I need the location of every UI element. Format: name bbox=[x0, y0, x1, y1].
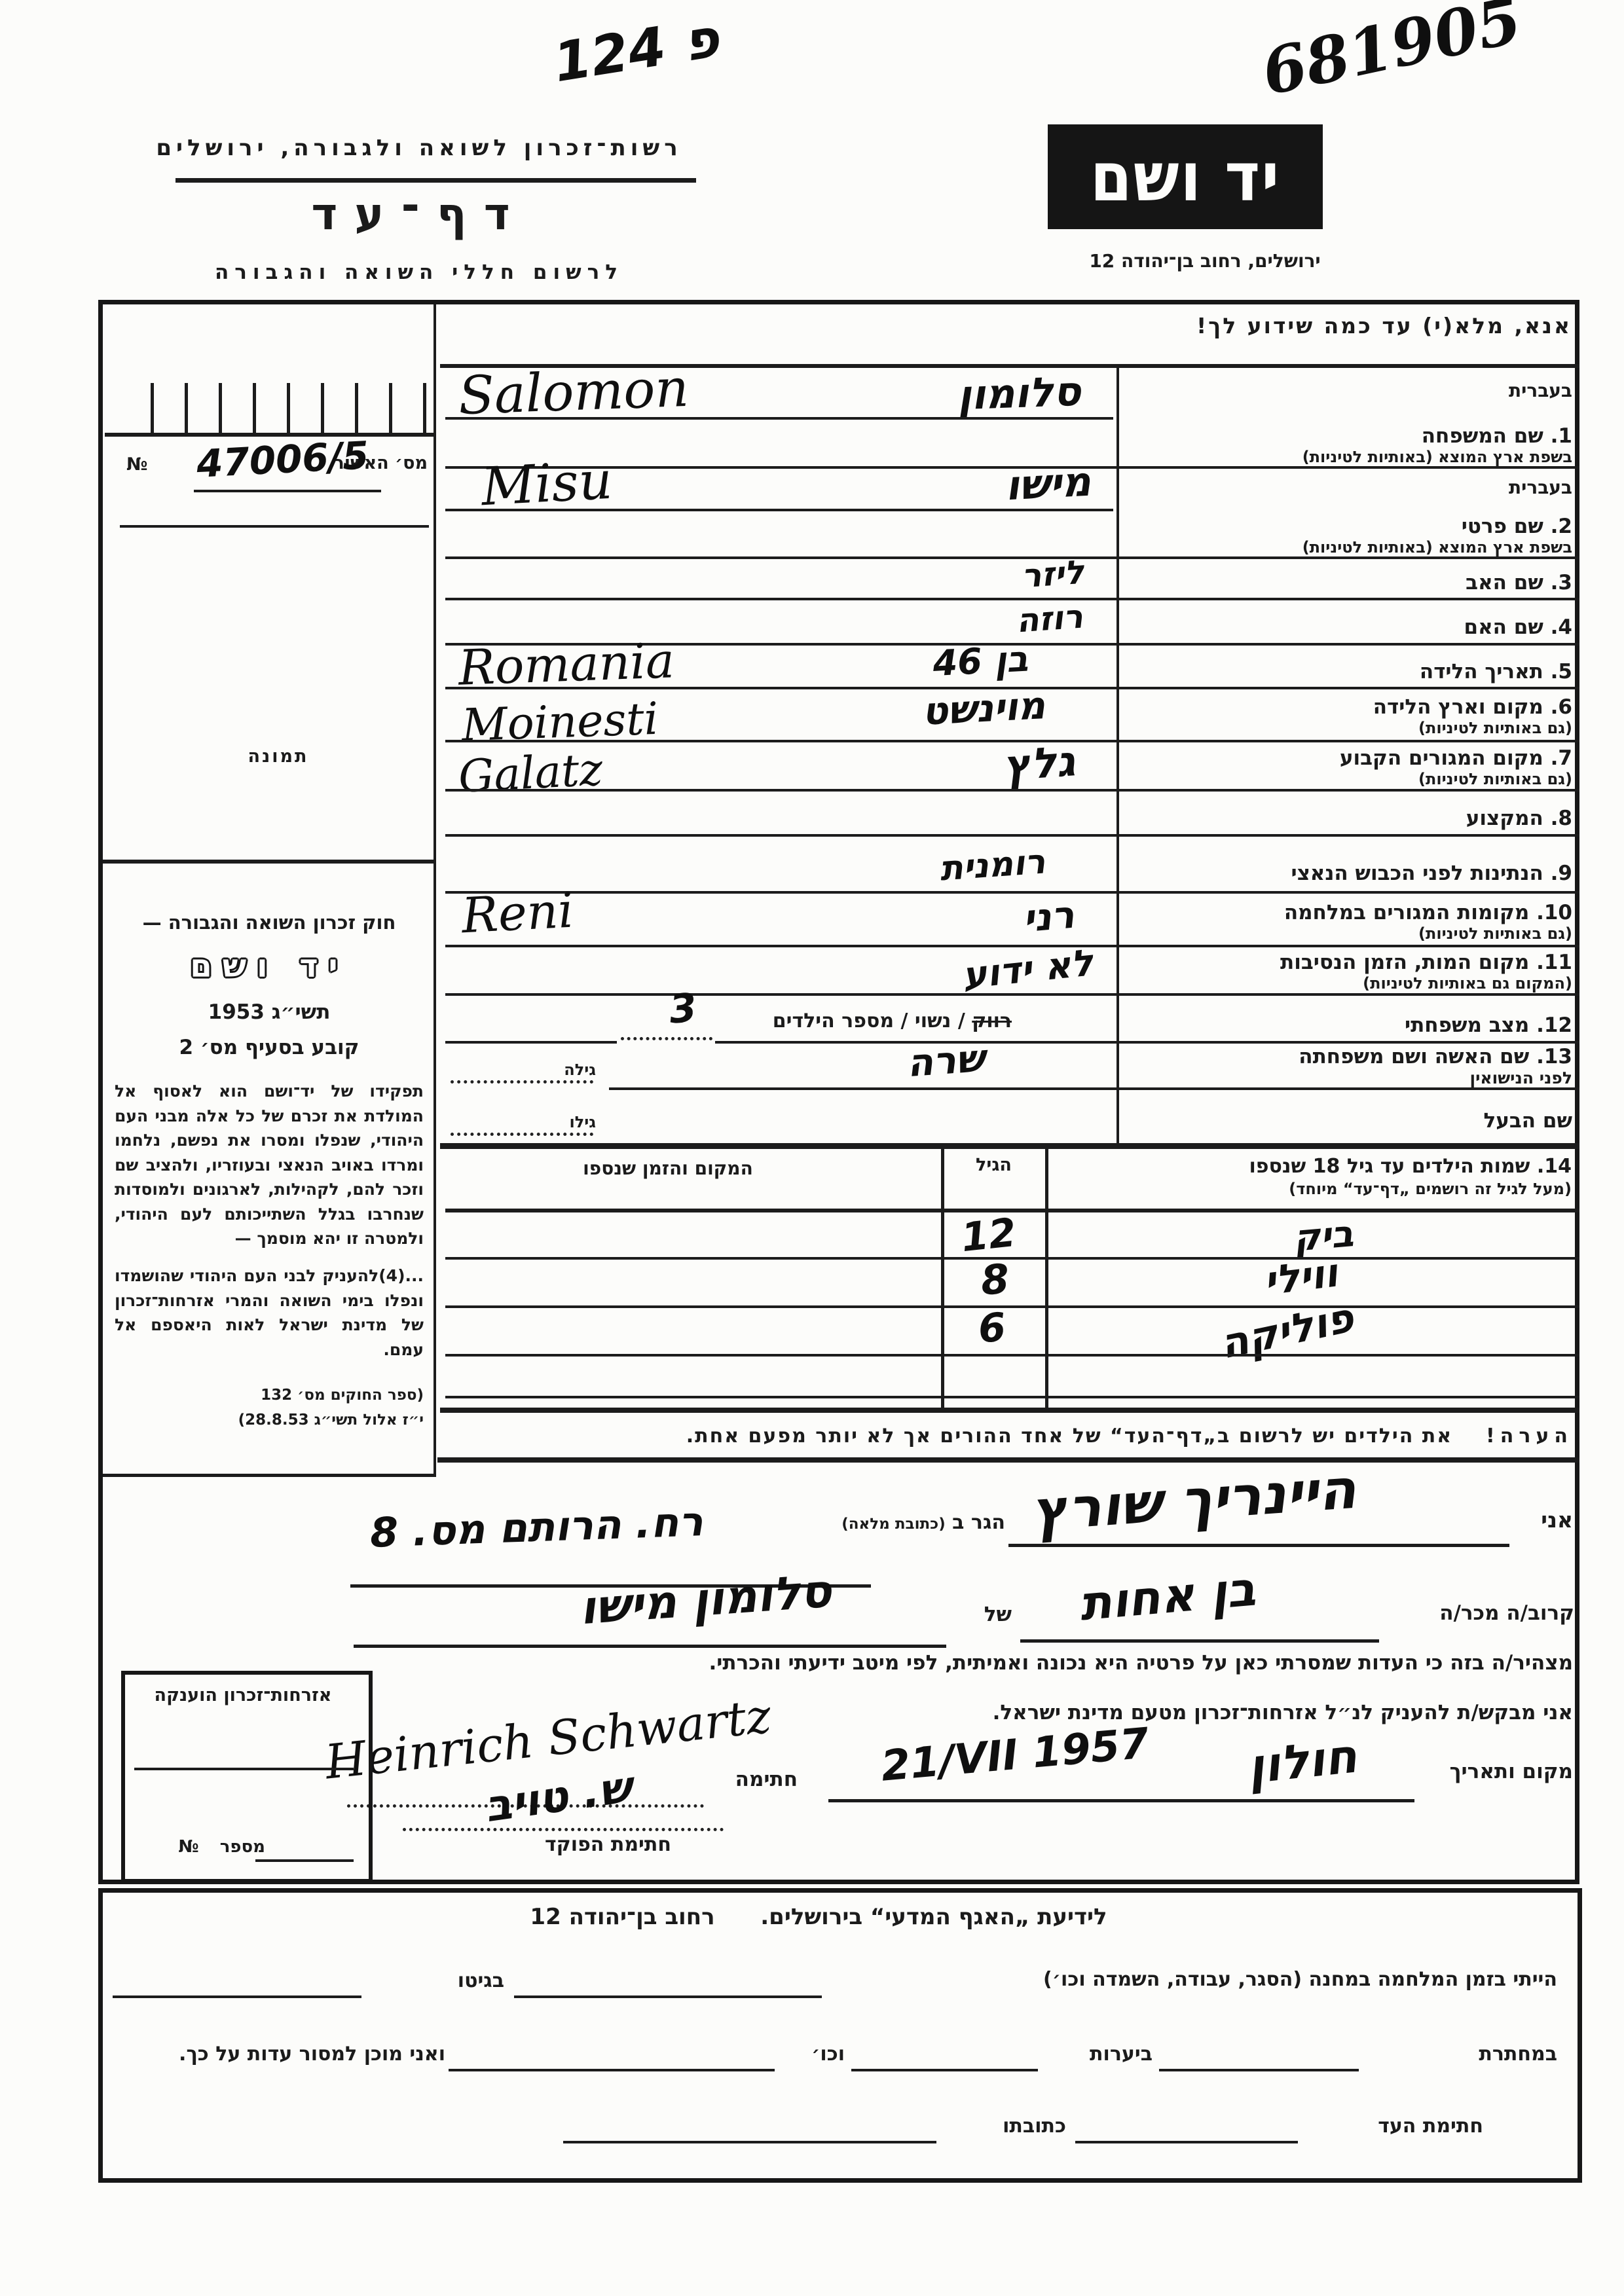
item10-answer-hebrew: רני bbox=[1021, 892, 1076, 941]
marital-separator-2: / bbox=[894, 1010, 915, 1032]
husband-age-label: גילו bbox=[524, 1113, 596, 1131]
memorial-box-line2 bbox=[255, 1859, 354, 1862]
underground-line bbox=[1159, 2069, 1359, 2071]
item3-line bbox=[445, 598, 1579, 600]
item13-label-text: שם האשה ושם משפחתה bbox=[1299, 1045, 1529, 1068]
item6-label-text: מקום וארץ הלידה bbox=[1373, 695, 1543, 719]
form-subtitle: לרשום חללי השואה והגבורה bbox=[131, 261, 707, 284]
item11-line bbox=[445, 993, 1579, 996]
husband-label: שם הבעל bbox=[1123, 1109, 1572, 1133]
item13-answer: שרה bbox=[906, 1036, 986, 1085]
form-title: דף־עד bbox=[131, 189, 707, 240]
item8-number: 8. bbox=[1551, 807, 1572, 830]
scientific-dept-title-text: לידיעת „האגף המדעי“ בירושלים. bbox=[760, 1904, 1107, 1930]
item10-answer-latin: Reni bbox=[460, 883, 575, 945]
approval-strip-line bbox=[105, 433, 434, 437]
item12-label-text: מצב משפחתי bbox=[1405, 1013, 1529, 1037]
relative-label: קרוב/ה מכר/ה bbox=[1383, 1601, 1574, 1625]
item2-line1 bbox=[445, 509, 1113, 511]
child3-age: 6 bbox=[977, 1305, 1008, 1353]
item3-number: 3. bbox=[1551, 571, 1572, 594]
item12-line-a bbox=[445, 1041, 617, 1044]
item1-answer-hebrew: סלומון bbox=[957, 367, 1082, 420]
relation-line bbox=[1020, 1639, 1379, 1643]
item3-label: 3. שם האב bbox=[1123, 571, 1572, 594]
children-count-dotline bbox=[621, 1037, 712, 1040]
item2-label-text: שם פרטי bbox=[1462, 515, 1543, 538]
law-source: (ספר החוקים מס׳ 132 bbox=[115, 1387, 424, 1404]
item7-answer-hebrew: גלץ bbox=[1002, 737, 1077, 790]
item13-line bbox=[609, 1087, 1579, 1090]
clerk-signature-dotline bbox=[403, 1828, 724, 1831]
declaration-i-label: אני bbox=[1518, 1507, 1573, 1533]
item8-label: 8. המקצוע bbox=[1123, 807, 1572, 830]
item2-answer-hebrew: מישו bbox=[1004, 458, 1092, 510]
place-date-label: מקום ותאריך bbox=[1422, 1760, 1573, 1783]
item10-sublabel: (גם באותיות לטיניות) bbox=[1123, 924, 1572, 943]
marital-options: רווק / נשוי / מספר הילדים bbox=[710, 1010, 1012, 1032]
item1-number: 1. bbox=[1551, 424, 1572, 448]
witness-address-bottom-line bbox=[563, 2141, 936, 2143]
law-logo-text: יד ושם bbox=[113, 948, 426, 985]
forests-label: ביערות bbox=[1043, 2043, 1153, 2066]
table-top-line bbox=[440, 1143, 1579, 1149]
underground-label: במחתרת bbox=[1363, 2043, 1557, 2066]
item9-line bbox=[445, 891, 1579, 894]
item1-sublabel: בשפת ארץ המוצא (באותיות לטיניות) bbox=[1123, 448, 1572, 466]
of-line bbox=[354, 1645, 946, 1648]
memorial-no-symbol: № bbox=[178, 1837, 198, 1857]
yad-vashem-logo: יד ושם bbox=[1048, 124, 1323, 229]
item1-label-text: שם המשפחה bbox=[1422, 424, 1543, 448]
item7-label-text: מקום המגורים הקבוע bbox=[1340, 746, 1543, 770]
item4-number: 4. bbox=[1551, 615, 1572, 639]
item10-number: 10. bbox=[1536, 901, 1572, 924]
memorial-box-number-row: מספר № bbox=[134, 1837, 265, 1857]
marital-separator-1: / bbox=[951, 1010, 972, 1032]
item4-label: 4. שם האם bbox=[1123, 615, 1572, 639]
item6-sublabel: (גם באותיות לטיניות) bbox=[1123, 719, 1572, 737]
camp-row-label: הייתי בזמן המלחמה במחנה (הסגר, עבודה, הש… bbox=[830, 1968, 1557, 1991]
section-bottom-line bbox=[437, 1457, 1579, 1463]
item1-answer-latin: Salomon bbox=[457, 357, 690, 426]
of-label: של bbox=[953, 1603, 1012, 1626]
law-year: תשי״ג 1953 bbox=[113, 1000, 426, 1024]
table-row1-line bbox=[445, 1257, 1579, 1260]
approval-number-value: 47006/5 bbox=[195, 433, 370, 486]
law-source-2: י״ז אלול תשי״ג 28.8.53) bbox=[115, 1412, 424, 1429]
husband-age-dotline bbox=[451, 1133, 593, 1136]
photo-box-bottom bbox=[103, 860, 436, 864]
item10-label: 10. מקומות המגורים במלחמה bbox=[1123, 901, 1572, 924]
labels-divider bbox=[1116, 367, 1119, 1146]
clerk-label: חתימת הפוקד bbox=[481, 1833, 671, 1856]
item4-answer: רוזה bbox=[1015, 598, 1084, 640]
item13-label: 13. שם האשה ושם משפחתה bbox=[1123, 1045, 1572, 1068]
item2-hebrew-tag: בעברית bbox=[1123, 477, 1572, 498]
forests-line bbox=[851, 2069, 1038, 2071]
marital-option-married: נשוי bbox=[915, 1010, 951, 1032]
item12-line-b bbox=[715, 1041, 1579, 1044]
item11-number: 11. bbox=[1536, 951, 1572, 974]
law-clause: קובע בסעיף מס׳ 2 bbox=[113, 1036, 426, 1059]
declaration-statement: מצהיר/ה בזה כי העדות שמסרתי כאן על פרטיה… bbox=[648, 1651, 1573, 1675]
item6-label: 6. מקום וארץ הלידה bbox=[1123, 695, 1572, 719]
item9-label-text: הנתינות לפני הכבוש הנאצי bbox=[1291, 862, 1543, 885]
approval-ticks bbox=[151, 383, 426, 433]
item10-line bbox=[445, 945, 1579, 947]
item2-sublabel: בשפת ארץ המוצא (באותיות לטיניות) bbox=[1123, 538, 1572, 556]
item11-label: 11. מקום המות, הזמן הנסיבות bbox=[1123, 951, 1572, 974]
item13-number: 13. bbox=[1536, 1045, 1572, 1068]
item3-answer: ליזר bbox=[1020, 553, 1085, 595]
item4-label-text: שם האם bbox=[1464, 615, 1543, 639]
children-note-label: הערה! bbox=[1486, 1425, 1573, 1448]
item7-line bbox=[445, 789, 1579, 792]
marital-children-label: מספר הילדים bbox=[773, 1010, 894, 1032]
ghetto-line bbox=[113, 1995, 361, 1998]
yad-vashem-logo-text: יד ושם bbox=[1090, 137, 1281, 216]
table-title: 14. שמות הילדים עד גיל 18 שנספו bbox=[1061, 1155, 1572, 1178]
table-bottom-line bbox=[440, 1408, 1579, 1413]
item5-answer: בן 46 bbox=[889, 638, 1029, 687]
item12-number: 12. bbox=[1536, 1013, 1572, 1037]
approval-no-symbol: № bbox=[126, 454, 147, 475]
table-row4-line bbox=[445, 1396, 1579, 1398]
item2-line2 bbox=[445, 556, 1579, 559]
ghetto-label: בגיטו bbox=[370, 1969, 504, 1992]
item5-label-text: תאריך הלידה bbox=[1420, 660, 1543, 683]
item13-sublabel: לפני הנישואין bbox=[1123, 1068, 1572, 1087]
item1-hebrew-tag: בעברית bbox=[1123, 380, 1572, 401]
wife-age-dotline bbox=[451, 1080, 593, 1084]
table-vline-age-right bbox=[1045, 1146, 1048, 1409]
item11-label-text: מקום המות, הזמן הנסיבות bbox=[1280, 951, 1529, 974]
table-col-place: המקום והזמן שנספו bbox=[498, 1157, 838, 1179]
resides-label: הגר ב (כתובת מלאה) bbox=[776, 1511, 1005, 1534]
declaration-request: אני מבקש/ת להעניק לנ״ל אזרחות־זכרון מטעם… bbox=[845, 1701, 1573, 1724]
item5-number: 5. bbox=[1551, 660, 1572, 683]
item6-answer-latin: Moinesti bbox=[461, 693, 659, 752]
fill-instruction: אנא, מלא(י) עד כמה שידוע לך! bbox=[655, 313, 1572, 338]
wife-age-label: גילה bbox=[524, 1061, 596, 1079]
child2-age: 8 bbox=[980, 1255, 1011, 1305]
table-subtitle: (מעל לגיל זה רושמים „דף־עד“ מיוחד) bbox=[1061, 1180, 1572, 1198]
camp-row-line bbox=[514, 1995, 822, 1998]
witness-signature-bottom-line bbox=[1075, 2141, 1298, 2143]
item8-line bbox=[445, 834, 1579, 837]
witness-address-bottom-label: כתובתו bbox=[942, 2115, 1066, 2138]
child2-name: ווילי bbox=[1261, 1250, 1340, 1304]
witness-signature-bottom-label: חתימת העד bbox=[1306, 2115, 1483, 2138]
place-value: חולון bbox=[1245, 1728, 1359, 1794]
item1-label: 1. שם המשפחה bbox=[1123, 424, 1572, 448]
sidebar-divider bbox=[434, 304, 436, 1476]
table-vline-age-left bbox=[941, 1146, 944, 1409]
table-row2-line bbox=[445, 1305, 1579, 1308]
item9-label: 9. הנתינות לפני הכבוש הנאצי bbox=[1123, 862, 1572, 885]
law-text: תפקידו של יד־ושם הוא לאסוף אל המולדת את … bbox=[115, 1079, 424, 1251]
child1-age: 12 bbox=[959, 1210, 1018, 1261]
daf-ed-testimony-page: 124 פ 681905 רשות־זכרון לשואה ולגבורה, י… bbox=[0, 0, 1624, 2296]
item8-label-text: המקצוע bbox=[1466, 807, 1543, 830]
scientific-dept-title: לידיעת „האגף המדעי“ בירושלים. רחוב בן־יה… bbox=[327, 1904, 1310, 1930]
item9-number: 9. bbox=[1551, 862, 1572, 885]
registry-number-annotation: 681905 bbox=[1256, 0, 1528, 109]
item2-label: 2. שם פרטי bbox=[1123, 515, 1572, 538]
item2-number: 2. bbox=[1551, 515, 1572, 538]
resides-sublabel: (כתובת מלאה) bbox=[841, 1516, 946, 1533]
law-heading: חוק זכרון השואה והגבורה — bbox=[113, 911, 426, 934]
place-date-line bbox=[828, 1799, 1414, 1802]
item7-sublabel: (גם באותיות לטיניות) bbox=[1123, 770, 1572, 788]
memorial-box-title: אזרחות־זכרון הוענקה bbox=[128, 1685, 358, 1705]
photo-label: תמונה bbox=[232, 746, 324, 767]
item2-answer-latin: Misu bbox=[480, 450, 614, 517]
law-text-2: ...(4)להעניק לבני העם היהודי שהושמדו ונפ… bbox=[115, 1264, 424, 1362]
marital-option-single: רווק bbox=[972, 1010, 1012, 1032]
table-col-age: הגיל bbox=[943, 1155, 1044, 1175]
children-note: הערה! את הילדים יש לרשום ב„דף־העד“ של אח… bbox=[452, 1425, 1573, 1448]
item5-label: 5. תאריך הלידה bbox=[1123, 660, 1572, 683]
sidebar-bottom-line bbox=[103, 1474, 436, 1477]
children-note-text: את הילדים יש לרשום ב„דף־העד“ של אחד ההור… bbox=[686, 1425, 1452, 1448]
resides-label-text: הגר ב bbox=[952, 1511, 1005, 1534]
etc-line bbox=[449, 2069, 775, 2071]
memorial-number-label: מספר bbox=[220, 1837, 265, 1857]
item7-number: 7. bbox=[1551, 746, 1572, 770]
item6-answer-hebrew: מוינשט bbox=[921, 683, 1046, 734]
ready-to-testify: ואני מוכן למסור עדות על כך. bbox=[110, 2043, 445, 2066]
memorial-box-line1 bbox=[134, 1768, 354, 1770]
header-rule bbox=[175, 178, 696, 183]
item7-answer-latin: Galatz bbox=[457, 744, 604, 803]
item12-label: 12. מצב משפחתי bbox=[1123, 1013, 1572, 1037]
scientific-dept-box bbox=[98, 1888, 1582, 2183]
approval-line-1 bbox=[194, 490, 381, 492]
authority-name: רשות־זכרון לשואה ולגבורה, ירושלים bbox=[131, 135, 707, 161]
scientific-dept-title-address: רחוב בן־יהודה 12 bbox=[530, 1904, 714, 1930]
item1-line1 bbox=[445, 417, 1113, 420]
approval-line-2 bbox=[120, 525, 429, 528]
signature-label: חתימה bbox=[705, 1768, 798, 1791]
witness-name-line bbox=[1008, 1544, 1509, 1547]
table-row3-line bbox=[445, 1354, 1579, 1357]
children-count-value: 3 bbox=[667, 985, 699, 1032]
logo-address: ירושלים, רחוב בן־יהודה 12 bbox=[1022, 250, 1388, 272]
etc-label: וכו׳ bbox=[778, 2043, 845, 2066]
item3-label-text: שם האב bbox=[1466, 571, 1543, 594]
item6-number: 6. bbox=[1551, 695, 1572, 719]
item9-answer: רומנית bbox=[938, 842, 1046, 888]
item11-sublabel: (המקום גם באותיות לטיניות) bbox=[1123, 974, 1572, 993]
page-number-annotation: 124 פ bbox=[549, 7, 723, 95]
item10-label-text: מקומות המגורים במלחמה bbox=[1284, 901, 1529, 924]
item7-label: 7. מקום המגורים הקבוע bbox=[1123, 746, 1572, 770]
